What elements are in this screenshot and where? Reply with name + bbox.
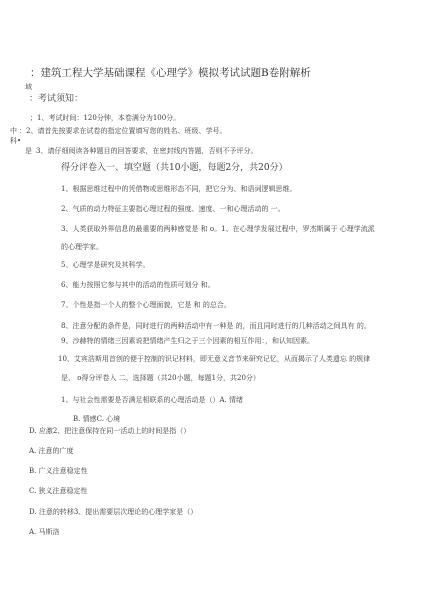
fill-question-1: 1、根据思维过程中的凭借物或思维形态不同，把它分为、和语词逻辑思维。 <box>61 186 296 193</box>
margin-char-ke: 科• <box>10 138 21 145</box>
fill-question-2: 2、气质的动力特征主要指心理过程的强度、速度、一和心理活动的 一。 <box>61 206 285 213</box>
choice-option-c: C. 狭义注意稳定性 <box>29 488 88 495</box>
choice-question-3: D. 注意的转移3、提出需要层次理论的心理学家是（） <box>29 509 197 516</box>
fill-question-7: 7、个性是指一个人的整个心理面貌，它是 和 的总合。 <box>61 302 231 309</box>
fill-question-9: 9、沙赫特的情绪三因素说把情绪产生归之于三个因素的相互作用：，和认知因素。 <box>61 338 314 345</box>
fill-question-3-cont: 的心理学家。 <box>61 244 103 251</box>
fill-question-3: 3、人类获取外界信息的最重要的两种感觉是 和 o。1、在心理学发展过程中，罗杰斯… <box>61 226 375 233</box>
choice-question-3-option-a: A. 马斯洛 <box>29 529 60 536</box>
choice-question-1: 1、与社会性需要是否满足相联系的心理活动是（）A. 情绪 <box>61 397 243 404</box>
section-fill-blank-header: 得分评卷入一、填空题（共10小题，每题2分，共20分） <box>61 164 288 173</box>
notice-1: ；1、考试时间：120分钟，本卷满分为100分。 <box>30 115 180 122</box>
choice-question-1-options: B. 情感C. 心境 <box>73 416 120 423</box>
margin-char-shi: 是 <box>25 148 32 155</box>
notice-header: ：考试须知： <box>29 95 83 104</box>
fill-question-10: 10、艾宾浩斯用首创的便于控制的识记材料，即无意义音节来研究记忆，从而揭示了人类… <box>58 356 370 363</box>
choice-question-2: D. 应激2、把注意保持在同一活动上的时间是指（） <box>29 428 190 435</box>
fill-question-5: 5、心理学是研究及其科学。 <box>61 262 149 269</box>
notice-2: ：2、请首先按要求在试卷的指定位置填写您的姓名、班级、学号。 <box>19 128 226 135</box>
notice-3: 3、请仔细阅读各种题目的回答要求，在密封线内答题，否则不予评分。 <box>36 148 257 155</box>
fill-question-8: 8、注意分配的条件是，同时进行的两种活动中有一种是 的，而且同时进行的几种活动之… <box>61 323 371 330</box>
choice-option-a: A. 注意的广度 <box>29 448 74 455</box>
choice-option-b: B. 广义注意稳定性 <box>29 468 88 475</box>
margin-char-yu: 域 <box>25 84 32 91</box>
document-title: ：建筑工程大学基础课程《心理学》模拟考试试题B卷附解析 <box>30 68 311 79</box>
fill-question-10-cont: 是、 o得分评卷入 二、选择题（共20小题，每题1分，共20分） <box>61 375 260 382</box>
fill-question-6: 6、能力按照它参与其中的活动的性质可划分 和。 <box>61 282 215 289</box>
margin-char-zhong: 中 <box>10 128 17 135</box>
